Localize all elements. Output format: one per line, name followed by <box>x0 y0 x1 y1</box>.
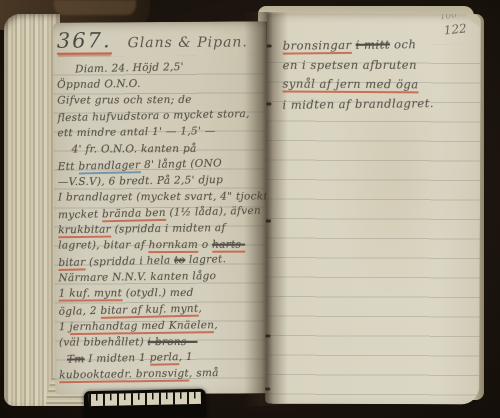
handwriting-line: 4' fr. O.N.O. kanten på <box>72 142 197 155</box>
handwriting-line: kubooktaedr. bronsvigt, små <box>59 367 219 381</box>
page-stack-fore-edge <box>4 14 60 406</box>
entry-heading: 367.Glans & Pipan. <box>57 27 248 52</box>
entry-title: Glans & Pipan. <box>128 34 248 51</box>
stitch-mark <box>265 335 270 338</box>
left-page: 367.Glans & Pipan. Diam. 24. Höjd 2,5'Öp… <box>53 21 270 394</box>
handwriting-line: Tm I midten 1 perla, 1 <box>67 351 193 366</box>
stitch-mark <box>265 103 271 106</box>
handwriting-line: i midten af brandlagret. <box>282 96 434 112</box>
stitch-mark <box>266 45 272 48</box>
stitch-mark <box>265 220 271 223</box>
handwriting-line: I brandlagret (mycket svart, 4" tjockt) <box>58 190 269 203</box>
handwriting-line: 1 jernhandtag med Knäelen, <box>59 319 218 333</box>
handwriting-line: krukbitar (spridda i midten af <box>58 222 226 236</box>
handwriting-line: lagret), bitar af hornkam o harts- <box>58 239 245 252</box>
book-cover-edge <box>54 0 136 15</box>
handwriting-line: Öppnad O.N.O. <box>57 78 141 91</box>
handwriting-line: bronsingar i mitt och <box>283 37 417 53</box>
ruler-ticks <box>89 392 201 406</box>
corner-page-number: 100 <box>439 14 457 23</box>
page-number: 122 <box>443 21 467 37</box>
handwriting-line: en i spetsen afbruten <box>283 57 417 71</box>
handwriting-line: 1 kuf. mynt (otydl.) med <box>59 287 194 300</box>
handwriting-line: (väl bibehållet) i brons— <box>59 336 198 349</box>
handwriting-line: —V.S.V), 6 bredt. På 2,5' djup <box>58 174 223 188</box>
handwriting-line: ögla, 2 bitar af kuf. mynt, <box>59 302 203 317</box>
entry-number: 367. <box>57 28 112 54</box>
right-page: 100 122 bronsingar i mitt ochen i spetse… <box>265 14 481 405</box>
page-corner-fold <box>465 14 481 28</box>
notebook-photo: 367.Glans & Pipan. Diam. 24. Höjd 2,5'Öp… <box>0 0 500 418</box>
handwriting-line: Diam. 24. Höjd 2,5' <box>75 61 184 75</box>
handwriting-line: Gifvet grus och sten; de <box>57 94 192 107</box>
stitch-mark <box>265 388 270 391</box>
handwriting-line: synål af jern med öga <box>283 76 419 91</box>
scale-ruler <box>84 389 207 418</box>
